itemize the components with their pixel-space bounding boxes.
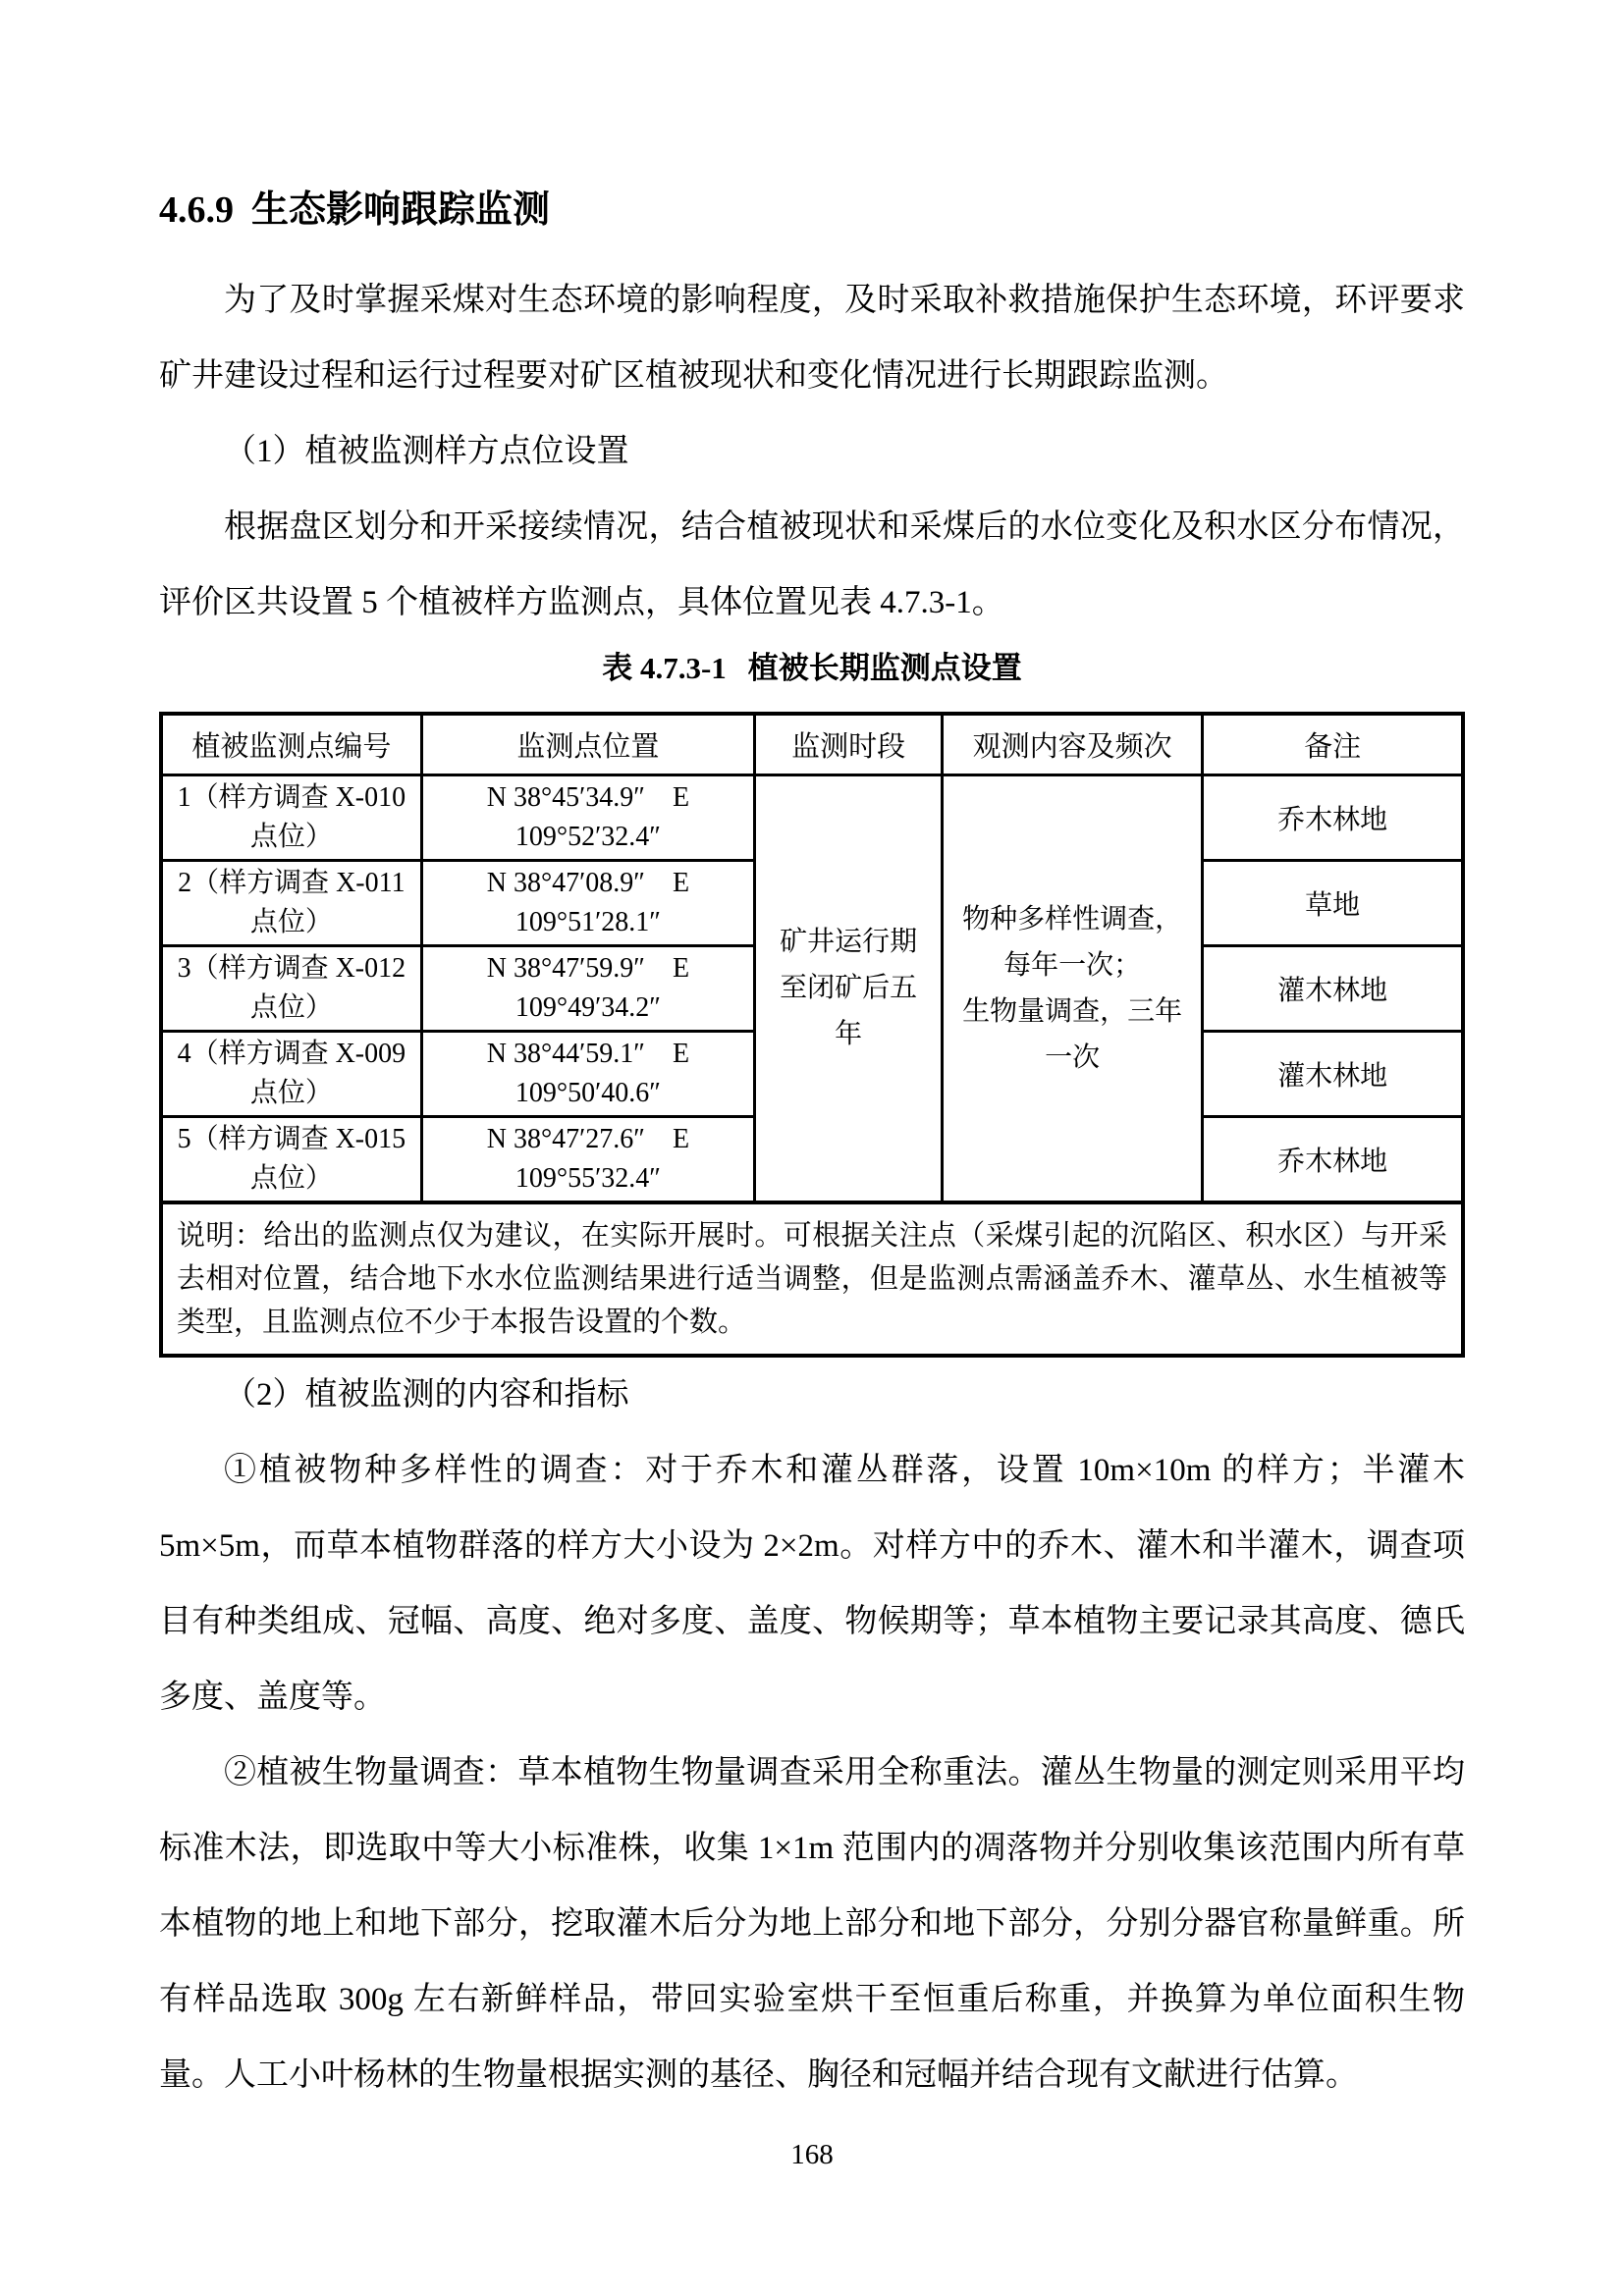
header-point-id: 植被监测点编号 <box>161 714 421 774</box>
location-cell: N 38°45′34.9″ E 109°52′32.4″ <box>421 774 754 860</box>
remark-cell: 草地 <box>1203 860 1463 945</box>
point-id-cell: 2（样方调查 X-011 点位） <box>161 860 421 945</box>
location-line: N 38°44′59.1″ E <box>427 1035 749 1074</box>
period-line: 矿井运行期 <box>760 919 937 965</box>
location-line: N 38°45′34.9″ E <box>427 778 749 818</box>
table-row: 1（样方调查 X-010 点位） N 38°45′34.9″ E 109°52′… <box>161 774 1463 860</box>
period-cell: 矿井运行期 至闭矿后五 年 <box>755 774 943 1202</box>
point-id-line: 点位） <box>167 1074 416 1113</box>
frequency-line: 每年一次； <box>947 942 1197 988</box>
header-location: 监测点位置 <box>421 714 754 774</box>
table-note-row: 说明：给出的监测点仅为建议，在实际开展时。可根据关注点（采煤引起的沉陷区、积水区… <box>161 1202 1463 1356</box>
table-note: 说明：给出的监测点仅为建议，在实际开展时。可根据关注点（采煤引起的沉陷区、积水区… <box>161 1202 1463 1356</box>
table-caption-label: 表 4.7.3-1 <box>602 651 727 685</box>
point-id-line: 1（样方调查 X-010 <box>167 778 416 818</box>
point-id-cell: 3（样方调查 X-012 点位） <box>161 945 421 1031</box>
location-cell: N 38°44′59.1″ E 109°50′40.6″ <box>421 1031 754 1116</box>
page-number: 168 <box>159 2135 1465 2174</box>
location-line: N 38°47′59.9″ E <box>427 949 749 988</box>
frequency-line: 生物量调查，三年 <box>947 988 1197 1035</box>
table-header-row: 植被监测点编号 监测点位置 监测时段 观测内容及频次 备注 <box>161 714 1463 774</box>
remark-cell: 灌木林地 <box>1203 945 1463 1031</box>
frequency-line: 一次 <box>947 1035 1197 1081</box>
point-id-cell: 4（样方调查 X-009 点位） <box>161 1031 421 1116</box>
point-id-cell: 1（样方调查 X-010 点位） <box>161 774 421 860</box>
period-line: 至闭矿后五 <box>760 965 937 1011</box>
point-id-line: 点位） <box>167 988 416 1028</box>
header-content-frequency: 观测内容及频次 <box>943 714 1203 774</box>
document-page: 4.6.9生态影响跟踪监测 为了及时掌握采煤对生态环境的影响程度，及时采取补救措… <box>0 0 1624 2296</box>
point-id-line: 4（样方调查 X-009 <box>167 1035 416 1074</box>
subheading-monitoring-content: （2）植被监测的内容和指标 <box>159 1358 1465 1433</box>
location-line: 109°49′34.2″ <box>427 988 749 1028</box>
point-id-cell: 5（样方调查 X-015 点位） <box>161 1116 421 1202</box>
point-id-line: 2（样方调查 X-011 <box>167 864 416 903</box>
remark-cell: 灌木林地 <box>1203 1031 1463 1116</box>
point-id-line: 点位） <box>167 903 416 942</box>
location-cell: N 38°47′08.9″ E 109°51′28.1″ <box>421 860 754 945</box>
frequency-line: 物种多样性调查， <box>947 896 1197 942</box>
location-line: N 38°47′08.9″ E <box>427 864 749 903</box>
point-id-line: 点位） <box>167 1159 416 1199</box>
paragraph-intro: 为了及时掌握采煤对生态环境的影响程度，及时采取补救措施保护生态环境，环评要求矿井… <box>159 263 1465 414</box>
table-caption-title: 植被长期监测点设置 <box>748 651 1022 685</box>
location-line: 109°50′40.6″ <box>427 1074 749 1113</box>
paragraph-biomass-survey: ②植被生物量调查：草本植物生物量调查采用全称重法。灌丛生物量的测定则采用平均标准… <box>159 1735 1465 2113</box>
subheading-vegetation-points: （1）植被监测样方点位设置 <box>159 414 1465 490</box>
location-cell: N 38°47′59.9″ E 109°49′34.2″ <box>421 945 754 1031</box>
point-id-line: 3（样方调查 X-012 <box>167 949 416 988</box>
content-frequency-cell: 物种多样性调查， 每年一次； 生物量调查，三年 一次 <box>943 774 1203 1202</box>
section-heading: 4.6.9生态影响跟踪监测 <box>159 187 1465 234</box>
location-line: N 38°47′27.6″ E <box>427 1120 749 1159</box>
paragraph-point-layout: 根据盘区划分和开采接续情况，结合植被现状和采煤后的水位变化及积水区分布情况，评价… <box>159 490 1465 641</box>
point-id-line: 点位） <box>167 818 416 857</box>
remark-cell: 乔木林地 <box>1203 774 1463 860</box>
location-line: 109°51′28.1″ <box>427 903 749 942</box>
location-line: 109°55′32.4″ <box>427 1159 749 1199</box>
section-number: 4.6.9 <box>159 189 234 231</box>
location-line: 109°52′32.4″ <box>427 818 749 857</box>
monitoring-points-table: 植被监测点编号 监测点位置 监测时段 观测内容及频次 备注 1（样方调查 X-0… <box>159 712 1465 1358</box>
remark-cell: 乔木林地 <box>1203 1116 1463 1202</box>
location-cell: N 38°47′27.6″ E 109°55′32.4″ <box>421 1116 754 1202</box>
table-caption: 表 4.7.3-1植被长期监测点设置 <box>159 641 1465 696</box>
section-title: 生态影响跟踪监测 <box>251 189 550 231</box>
header-remark: 备注 <box>1203 714 1463 774</box>
point-id-line: 5（样方调查 X-015 <box>167 1120 416 1159</box>
period-line: 年 <box>760 1011 937 1057</box>
paragraph-species-diversity: ①植被物种多样性的调查：对于乔木和灌丛群落，设置 10m×10m 的样方；半灌木… <box>159 1433 1465 1735</box>
header-period: 监测时段 <box>755 714 943 774</box>
